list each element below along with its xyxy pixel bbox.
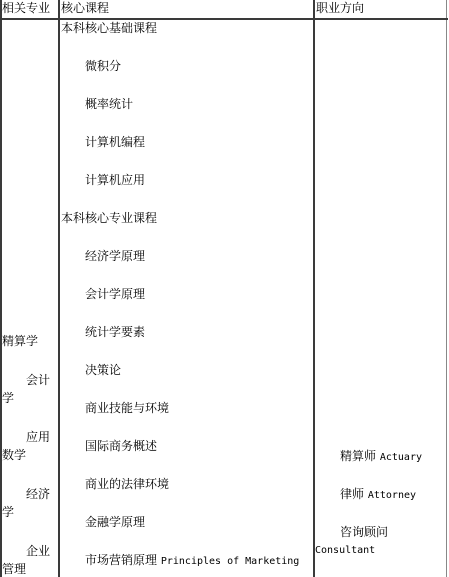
career-actuary: 精算师 Actuary [340,449,422,465]
career-actuary-zh: 精算师 [340,449,376,463]
course-item: 商业的法律环境 [85,477,169,491]
course-item: 统计学要素 [85,325,145,339]
course-item: 经济学原理 [85,249,145,263]
column-divider-1 [58,0,60,577]
career-attorney: 律师 Attorney [340,487,416,503]
career-actuary-en: Actuary [380,452,422,463]
major-business-mgmt-line2: 管理 [2,562,26,576]
course-item: 商业技能与环境 [85,401,169,415]
curriculum-table: 相关专业 核心课程 职业方向 精算学 会计 学 应用 数学 经济 学 企业 管理… [0,0,449,577]
career-consultant-zh: 咨询顾问 [340,525,388,539]
column-divider-2 [313,0,315,577]
course-heading-basic: 本科核心基础课程 [61,21,157,35]
major-actuarial-science: 精算学 [2,334,38,348]
course-item: 决策论 [85,363,121,377]
header-related-major: 相关专业 [2,1,50,15]
major-economics-line1: 经济 [26,487,50,501]
course-item: 概率统计 [85,97,133,111]
career-attorney-en: Attorney [368,490,416,501]
major-accounting-line2: 学 [2,391,14,405]
course-item-marketing: 市场营销原理 Principles of Marketing [85,553,299,569]
course-item: 国际商务概述 [85,439,157,453]
course-item: 金融学原理 [85,515,145,529]
header-divider [0,18,448,20]
major-applied-math-line1: 应用 [26,430,50,444]
course-item: 计算机编程 [85,135,145,149]
header-core-courses: 核心课程 [61,1,109,15]
header-career-direction: 职业方向 [316,1,364,15]
course-heading-major: 本科核心专业课程 [61,211,157,225]
major-applied-math-line2: 数学 [2,448,26,462]
major-business-mgmt-line1: 企业 [26,544,50,558]
major-accounting-line1: 会计 [26,373,50,387]
course-item: 会计学原理 [85,287,145,301]
career-consultant-en: Consultant [315,544,375,558]
course-item: 微积分 [85,59,121,73]
table-border-left [0,0,2,577]
course-marketing-zh: 市场营销原理 [85,553,157,567]
career-attorney-zh: 律师 [340,487,364,501]
course-item: 计算机应用 [85,173,145,187]
course-marketing-en: Principles of Marketing [161,556,299,567]
table-border-right [446,0,447,577]
major-economics-line2: 学 [2,505,14,519]
